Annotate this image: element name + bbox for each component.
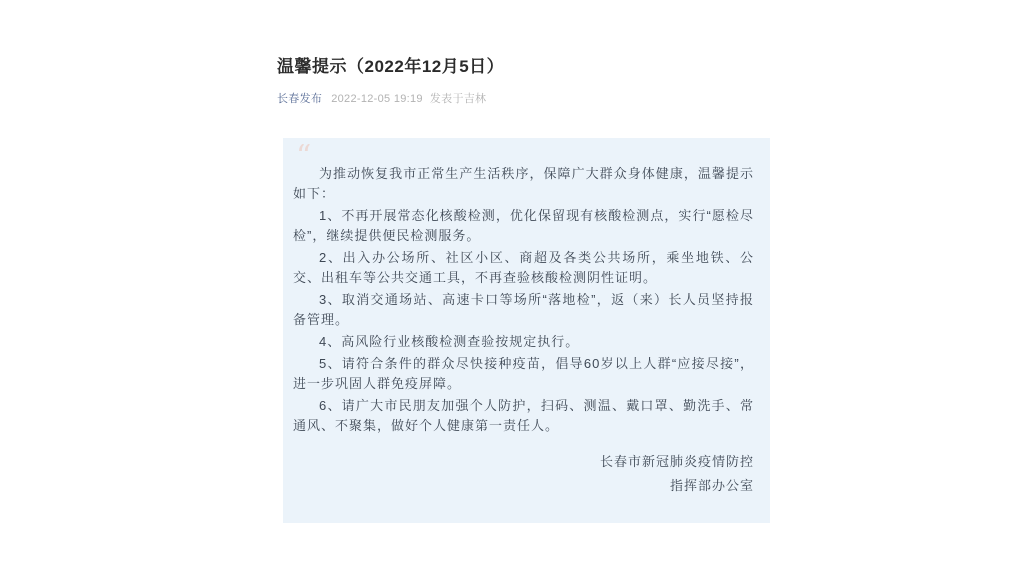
notice-box: “ 为推动恢复我市正常生产生活秩序，保障广大群众身体健康，温馨提示如下： 1、不… (283, 138, 770, 523)
notice-paragraph: 为推动恢复我市正常生产生活秩序，保障广大群众身体健康，温馨提示如下： (293, 164, 754, 204)
signature-line: 指挥部办公室 (293, 474, 754, 498)
notice-paragraph: 6、请广大市民朋友加强个人防护，扫码、测温、戴口罩、勤洗手、常通风、不聚集，做好… (293, 396, 754, 436)
publish-location: 发表于吉林 (430, 93, 487, 105)
quote-icon: “ (296, 144, 754, 162)
notice-paragraph: 3、取消交通场站、高速卡口等场所“落地检”，返（来）长人员坚持报备管理。 (293, 290, 754, 330)
article-page: 温馨提示（2022年12月5日） 长春发布2022-12-05 19:19发表于… (0, 0, 1035, 582)
notice-paragraph: 5、请符合条件的群众尽快接种疫苗，倡导60岁以上人群“应接尽接”，进一步巩固人群… (293, 354, 754, 394)
signature: 长春市新冠肺炎疫情防控 指挥部办公室 (293, 450, 754, 498)
article-meta: 长春发布2022-12-05 19:19发表于吉林 (277, 92, 486, 107)
notice-paragraph: 2、出入办公场所、社区小区、商超及各类公共场所，乘坐地铁、公交、出租车等公共交通… (293, 248, 754, 288)
notice-paragraph: 4、高风险行业核酸检测查验按规定执行。 (293, 332, 754, 352)
notice-paragraph: 1、不再开展常态化核酸检测，优化保留现有核酸检测点，实行“愿检尽检”，继续提供便… (293, 206, 754, 246)
article-title: 温馨提示（2022年12月5日） (277, 55, 504, 79)
author-link[interactable]: 长春发布 (277, 93, 322, 105)
signature-line: 长春市新冠肺炎疫情防控 (293, 450, 754, 474)
publish-time: 2022-12-05 19:19 (331, 93, 423, 105)
